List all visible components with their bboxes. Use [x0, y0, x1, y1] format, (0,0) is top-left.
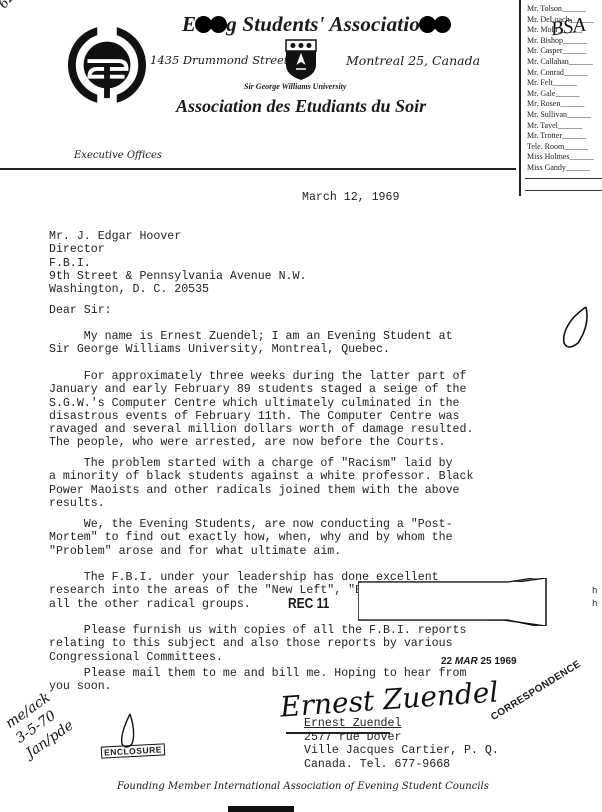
- university-crest-icon: [285, 39, 317, 81]
- routing-entry: Mr. Gale______: [527, 89, 602, 100]
- routing-entry: Mr. Sullivan______: [527, 110, 602, 121]
- routing-entry: Mr. Casper______: [527, 46, 602, 57]
- routing-entry: Mr. Tolson______: [527, 4, 602, 15]
- rec-stamp: REC 11: [288, 594, 329, 612]
- redaction-mark: [434, 16, 451, 33]
- paragraph-problem: The problem started with a charge of "Ra…: [49, 457, 473, 510]
- routing-entry: Mr. Trotter______: [527, 131, 602, 142]
- routing-entry: Tele. Room______: [527, 142, 602, 153]
- routing-entry: Mr. Tavel______: [527, 121, 602, 132]
- paragraph-events: For approximately three weeks during the…: [49, 370, 473, 450]
- redaction-mark: [210, 16, 227, 33]
- recipient-address: Mr. J. Edgar Hoover Director F.B.I. 9th …: [49, 230, 306, 296]
- association-french-name: Association des Etudiants du Soir: [176, 96, 426, 117]
- routing-entry: Miss Gandy______: [527, 163, 602, 174]
- signer-name: Ernest Zuendel: [304, 717, 401, 730]
- handwritten-initials: BSA: [550, 14, 587, 42]
- handwritten-notation: me/ack 3-5-70 Jan/pde: [2, 687, 77, 762]
- handwritten-oval-mark: [560, 305, 590, 351]
- salutation: Dear Sir:: [49, 304, 112, 317]
- executive-offices-label: Executive Offices: [74, 150, 162, 161]
- signer-address: 2577 rue Dover Ville Jacques Cartier, P.…: [304, 731, 499, 771]
- routing-entry: Mr. Felt______: [527, 78, 602, 89]
- header-divider: [0, 168, 516, 170]
- handwritten-loop-mark: [118, 712, 138, 752]
- association-title: Eg Students' Associatio: [182, 12, 450, 37]
- interlocking-es-logo-icon: [68, 26, 146, 104]
- city-address: Montreal 25, Canada: [346, 53, 480, 68]
- routing-blank-line: [525, 178, 602, 179]
- margin-text-fragment: h h: [592, 585, 597, 611]
- routing-entry: Mr. Rosen______: [527, 99, 602, 110]
- redaction-bar: [228, 806, 294, 812]
- letter-date: March 12, 1969: [302, 191, 399, 204]
- routing-entry: Mr. Callahan______: [527, 57, 602, 68]
- paragraph-request: Please furnish us with copies of all the…: [49, 624, 466, 664]
- routing-entry: Miss Holmes______: [527, 152, 602, 163]
- handwritten-file-number: 62-20: [0, 0, 32, 12]
- paragraph-post-mortem: We, the Evening Students, are now conduc…: [49, 518, 453, 558]
- university-name: Sir George Williams University: [244, 82, 346, 91]
- routing-blank-line: [525, 190, 602, 191]
- paragraph-introduction: My name is Ernest Zuendel; I am an Eveni…: [49, 330, 453, 357]
- street-address: 1435 Drummond Street: [150, 53, 288, 67]
- correspondence-stamp: CORRESPONDENCE: [489, 659, 583, 723]
- received-date-stamp: 22 MAR 25 1969: [441, 656, 517, 667]
- filing-stamp-outline: [358, 578, 558, 626]
- footer-membership: Founding Member International Associatio…: [117, 781, 489, 792]
- routing-entry: Mr. Conrad______: [527, 68, 602, 79]
- routing-slip: Mr. Tolson______Mr. DeLoach______Mr. Moh…: [519, 0, 602, 196]
